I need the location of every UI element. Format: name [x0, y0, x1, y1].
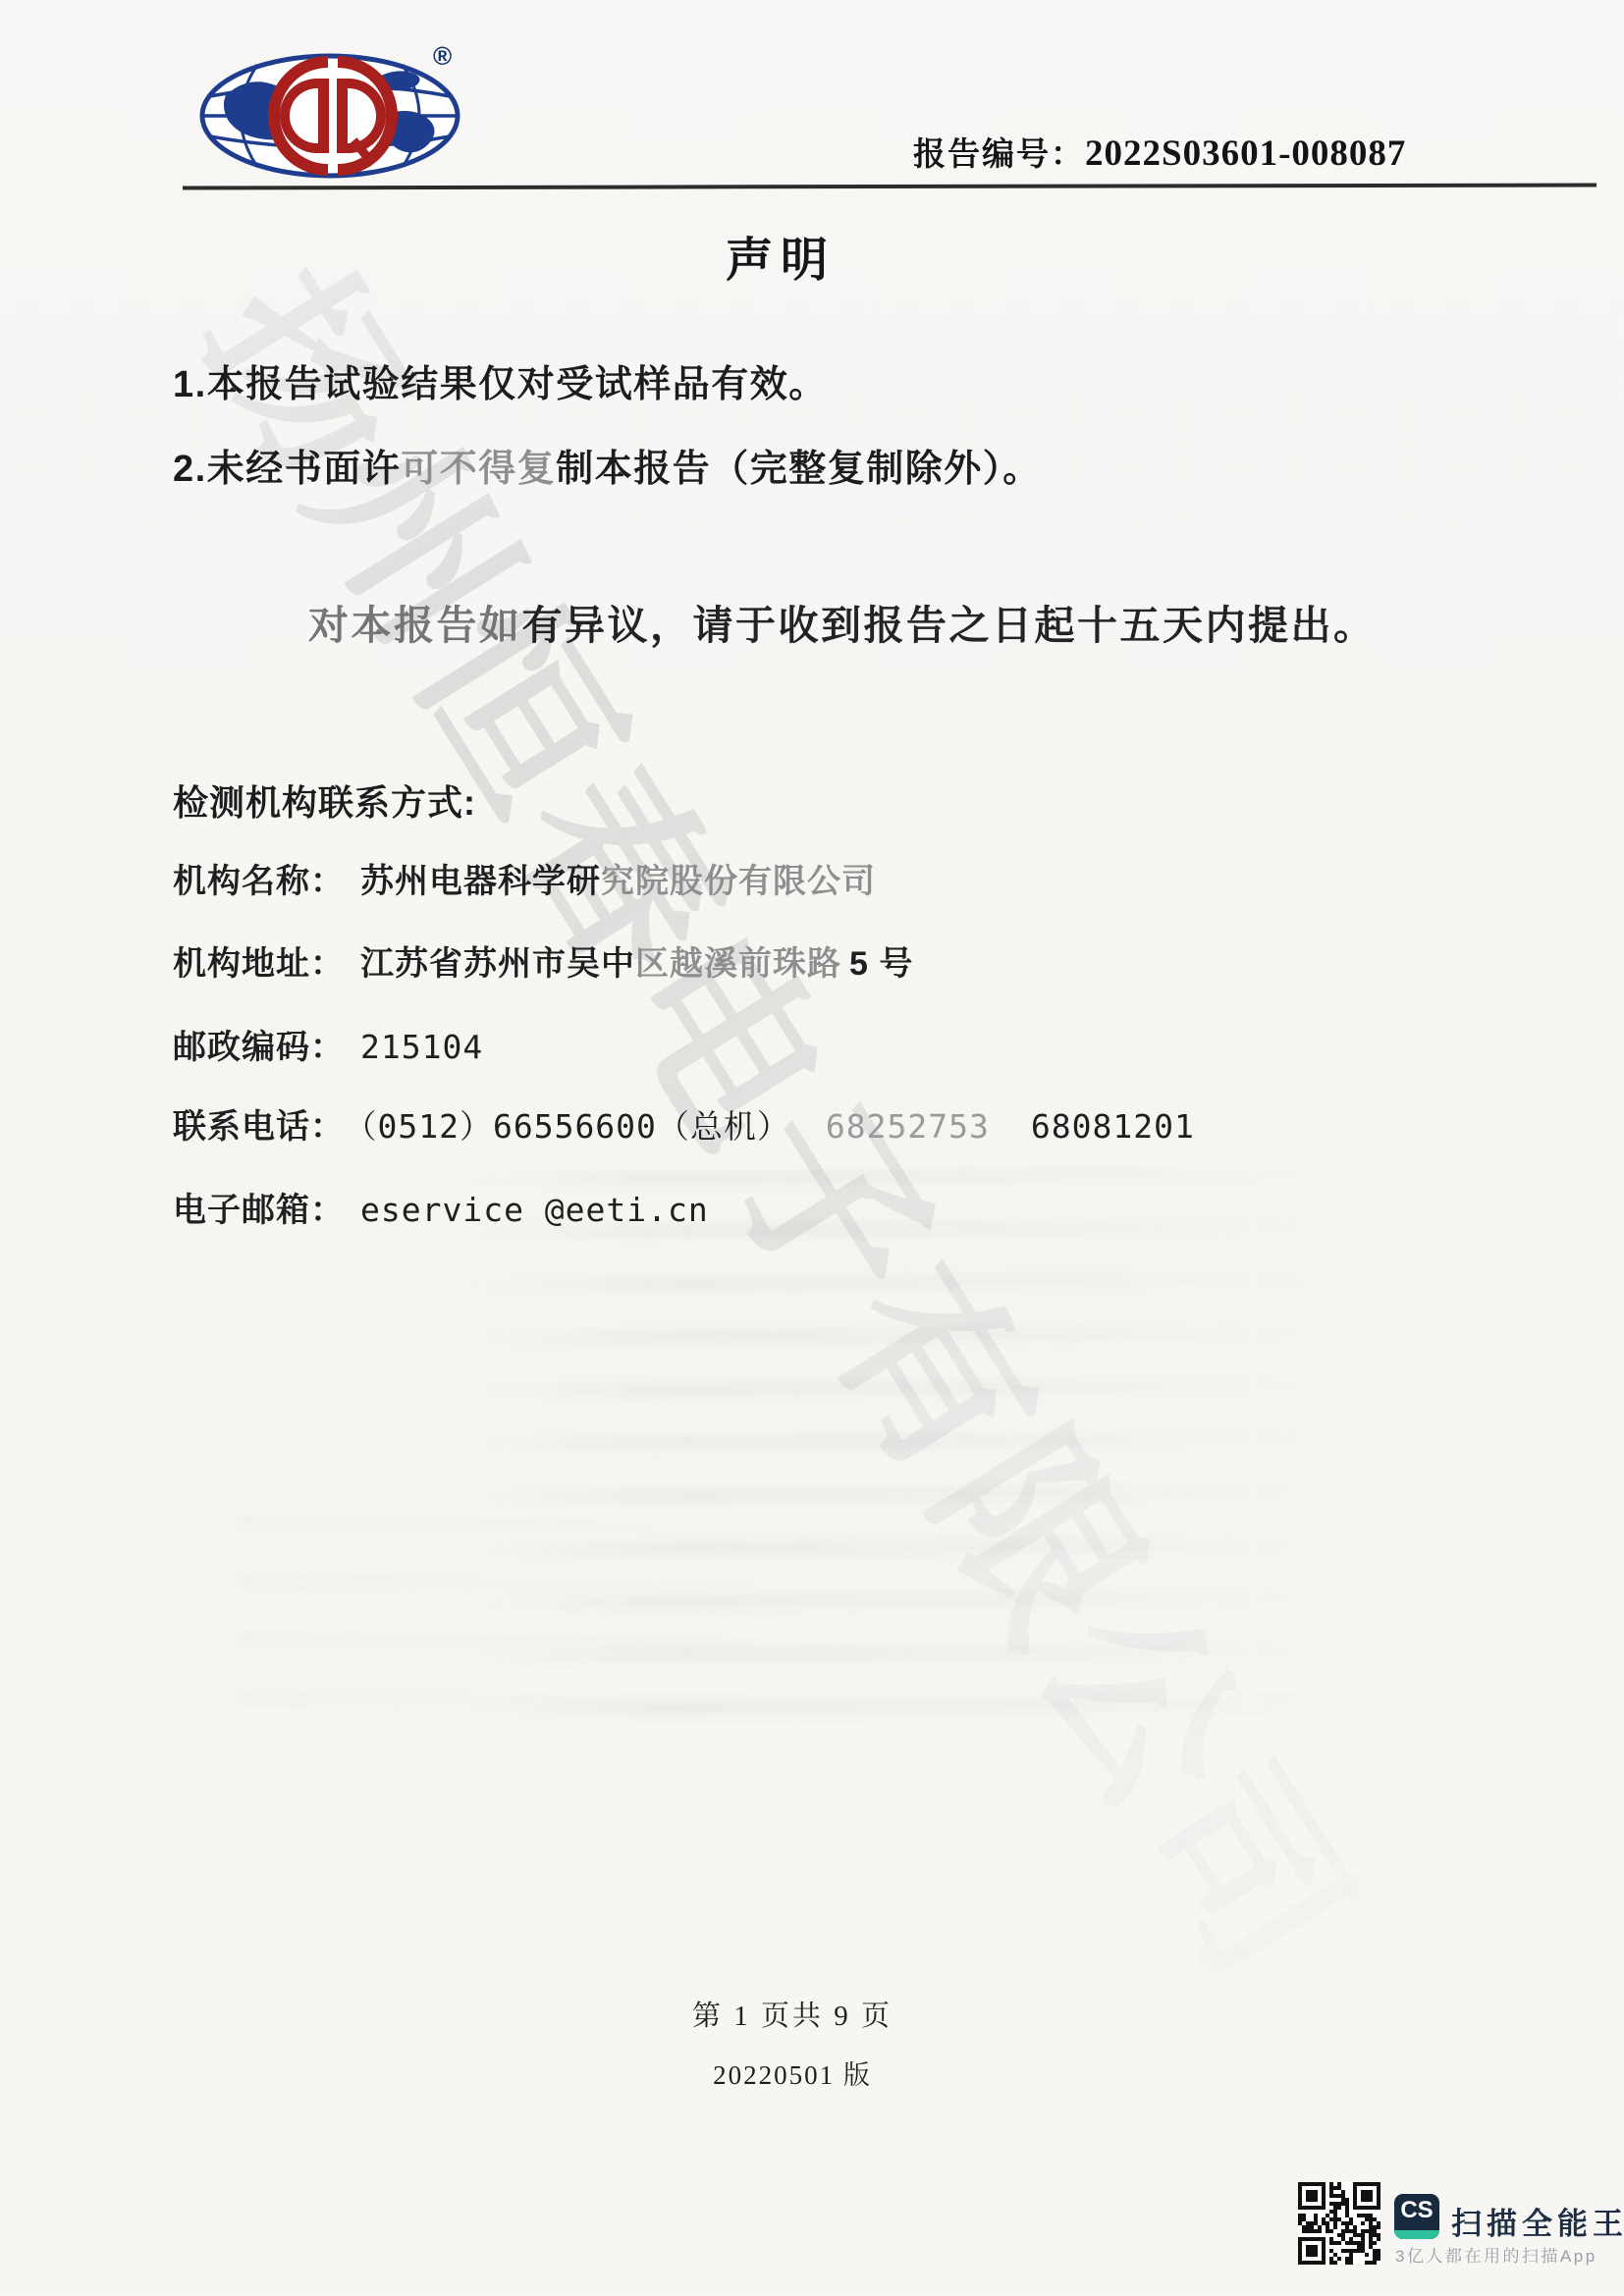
version-label: 20220501 版	[0, 2054, 1585, 2092]
registered-trademark-symbol: ®	[433, 41, 452, 72]
postal-code-label: 邮政编码：	[173, 1029, 345, 1066]
qr-code	[1298, 2182, 1380, 2265]
email-row: 电子邮箱：eservice @eeti.cn	[173, 1183, 709, 1231]
email-label: 电子邮箱：	[173, 1192, 345, 1229]
camscanner-logo-text: CS	[1394, 2197, 1439, 2224]
report-number-line: 报告编号：2022S03601-008087	[913, 129, 1375, 175]
telephone-label: 联系电话：	[173, 1108, 345, 1146]
telephone-row: 联系电话：（0512）66556600（总机）6825275368081201	[173, 1099, 1195, 1148]
statement-2: 2.未经书面许可不得复制本报告（完整复制除外）。	[173, 438, 1042, 492]
scanned-report-page: 扬州恒春电子有限公司 ® 报告编号	[0, 0, 1624, 2296]
report-number-label: 报告编号：	[913, 135, 1085, 172]
org-name-label: 机构名称：	[173, 863, 345, 900]
scanner-app-name: 扫描全能王	[1451, 2199, 1624, 2243]
org-address-row: 机构地址：江苏省苏州市吴中区越溪前珠路5 号	[173, 936, 913, 985]
objection-notice: 对本报告如有异议，请于收到报告之日起十五天内提出。	[308, 593, 1377, 651]
statement-1: 1.本报告试验结果仅对受试样品有效。	[173, 353, 828, 407]
scanner-app-tagline: 3亿人都在用的扫描App	[1395, 2242, 1597, 2267]
page-title: 声明	[0, 222, 1561, 290]
org-name-row: 机构名称：苏州电器科学研究院股份有限公司	[173, 854, 876, 902]
org-address-label: 机构地址：	[173, 945, 345, 983]
camscanner-logo-strip	[1394, 2230, 1439, 2239]
contact-heading: 检测机构联系方式:	[173, 775, 476, 826]
postal-code-row: 邮政编码：215104	[173, 1020, 483, 1068]
globe-logo	[196, 51, 461, 181]
camscanner-logo: CS	[1394, 2194, 1439, 2239]
header-rule	[183, 183, 1597, 189]
globe-logo-graphic	[196, 51, 461, 181]
page-indicator: 第 1 页共 9 页	[0, 1994, 1585, 2034]
report-number-value: 2022S03601-008087	[1085, 133, 1406, 174]
bleed-through-text	[235, 1515, 825, 1743]
